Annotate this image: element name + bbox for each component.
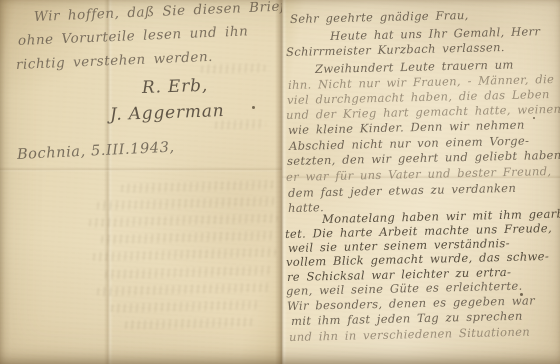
bleedthrough-mark [110,300,260,313]
letter-photo: Wir hoffen, daß Sie diesen Brief ohne Vo… [0,0,560,364]
ink-speck [533,117,535,119]
bleedthrough-mark [120,180,275,193]
bleedthrough-mark [92,248,277,262]
letter-line: und ihn in verschiedenen Situationen [289,325,530,344]
closing-line: ohne Vorurteile lesen und ihn [18,23,249,49]
salutation-line: Sehr geehrte gnädige Frau, [290,8,469,26]
dateline: Bochnia, 5.III.1943, [17,140,175,163]
bleedthrough-mark [100,231,275,245]
letter-line: dem fast jeder etwas zu verdanken [288,181,516,200]
letter-line: Schirrmeister Kurzbach verlassen. [286,40,505,59]
letter-line: Heute hat uns Ihr Gemahl, Herr [330,24,541,43]
left-page: Wir hoffen, daß Sie diesen Brief ohne Vo… [0,0,282,364]
bleedthrough-mark [88,214,278,228]
ink-speck [252,106,255,109]
closing-line: richtig verstehen werden. [16,49,214,73]
signature: R. Erb, [142,76,209,98]
bleedthrough-mark [96,283,271,297]
letter-line: hatte. [288,200,324,215]
right-page: Sehr geehrte gnädige Frau, Heute hat uns… [282,0,560,364]
horizontal-fold-crease [0,167,282,172]
closing-line: Wir hoffen, daß Sie diesen Brief [34,0,282,25]
bleedthrough-mark [96,197,276,211]
signature: J. Aggerman [110,101,225,125]
bleedthrough-mark [104,266,274,279]
bleedthrough-mark [124,317,254,329]
